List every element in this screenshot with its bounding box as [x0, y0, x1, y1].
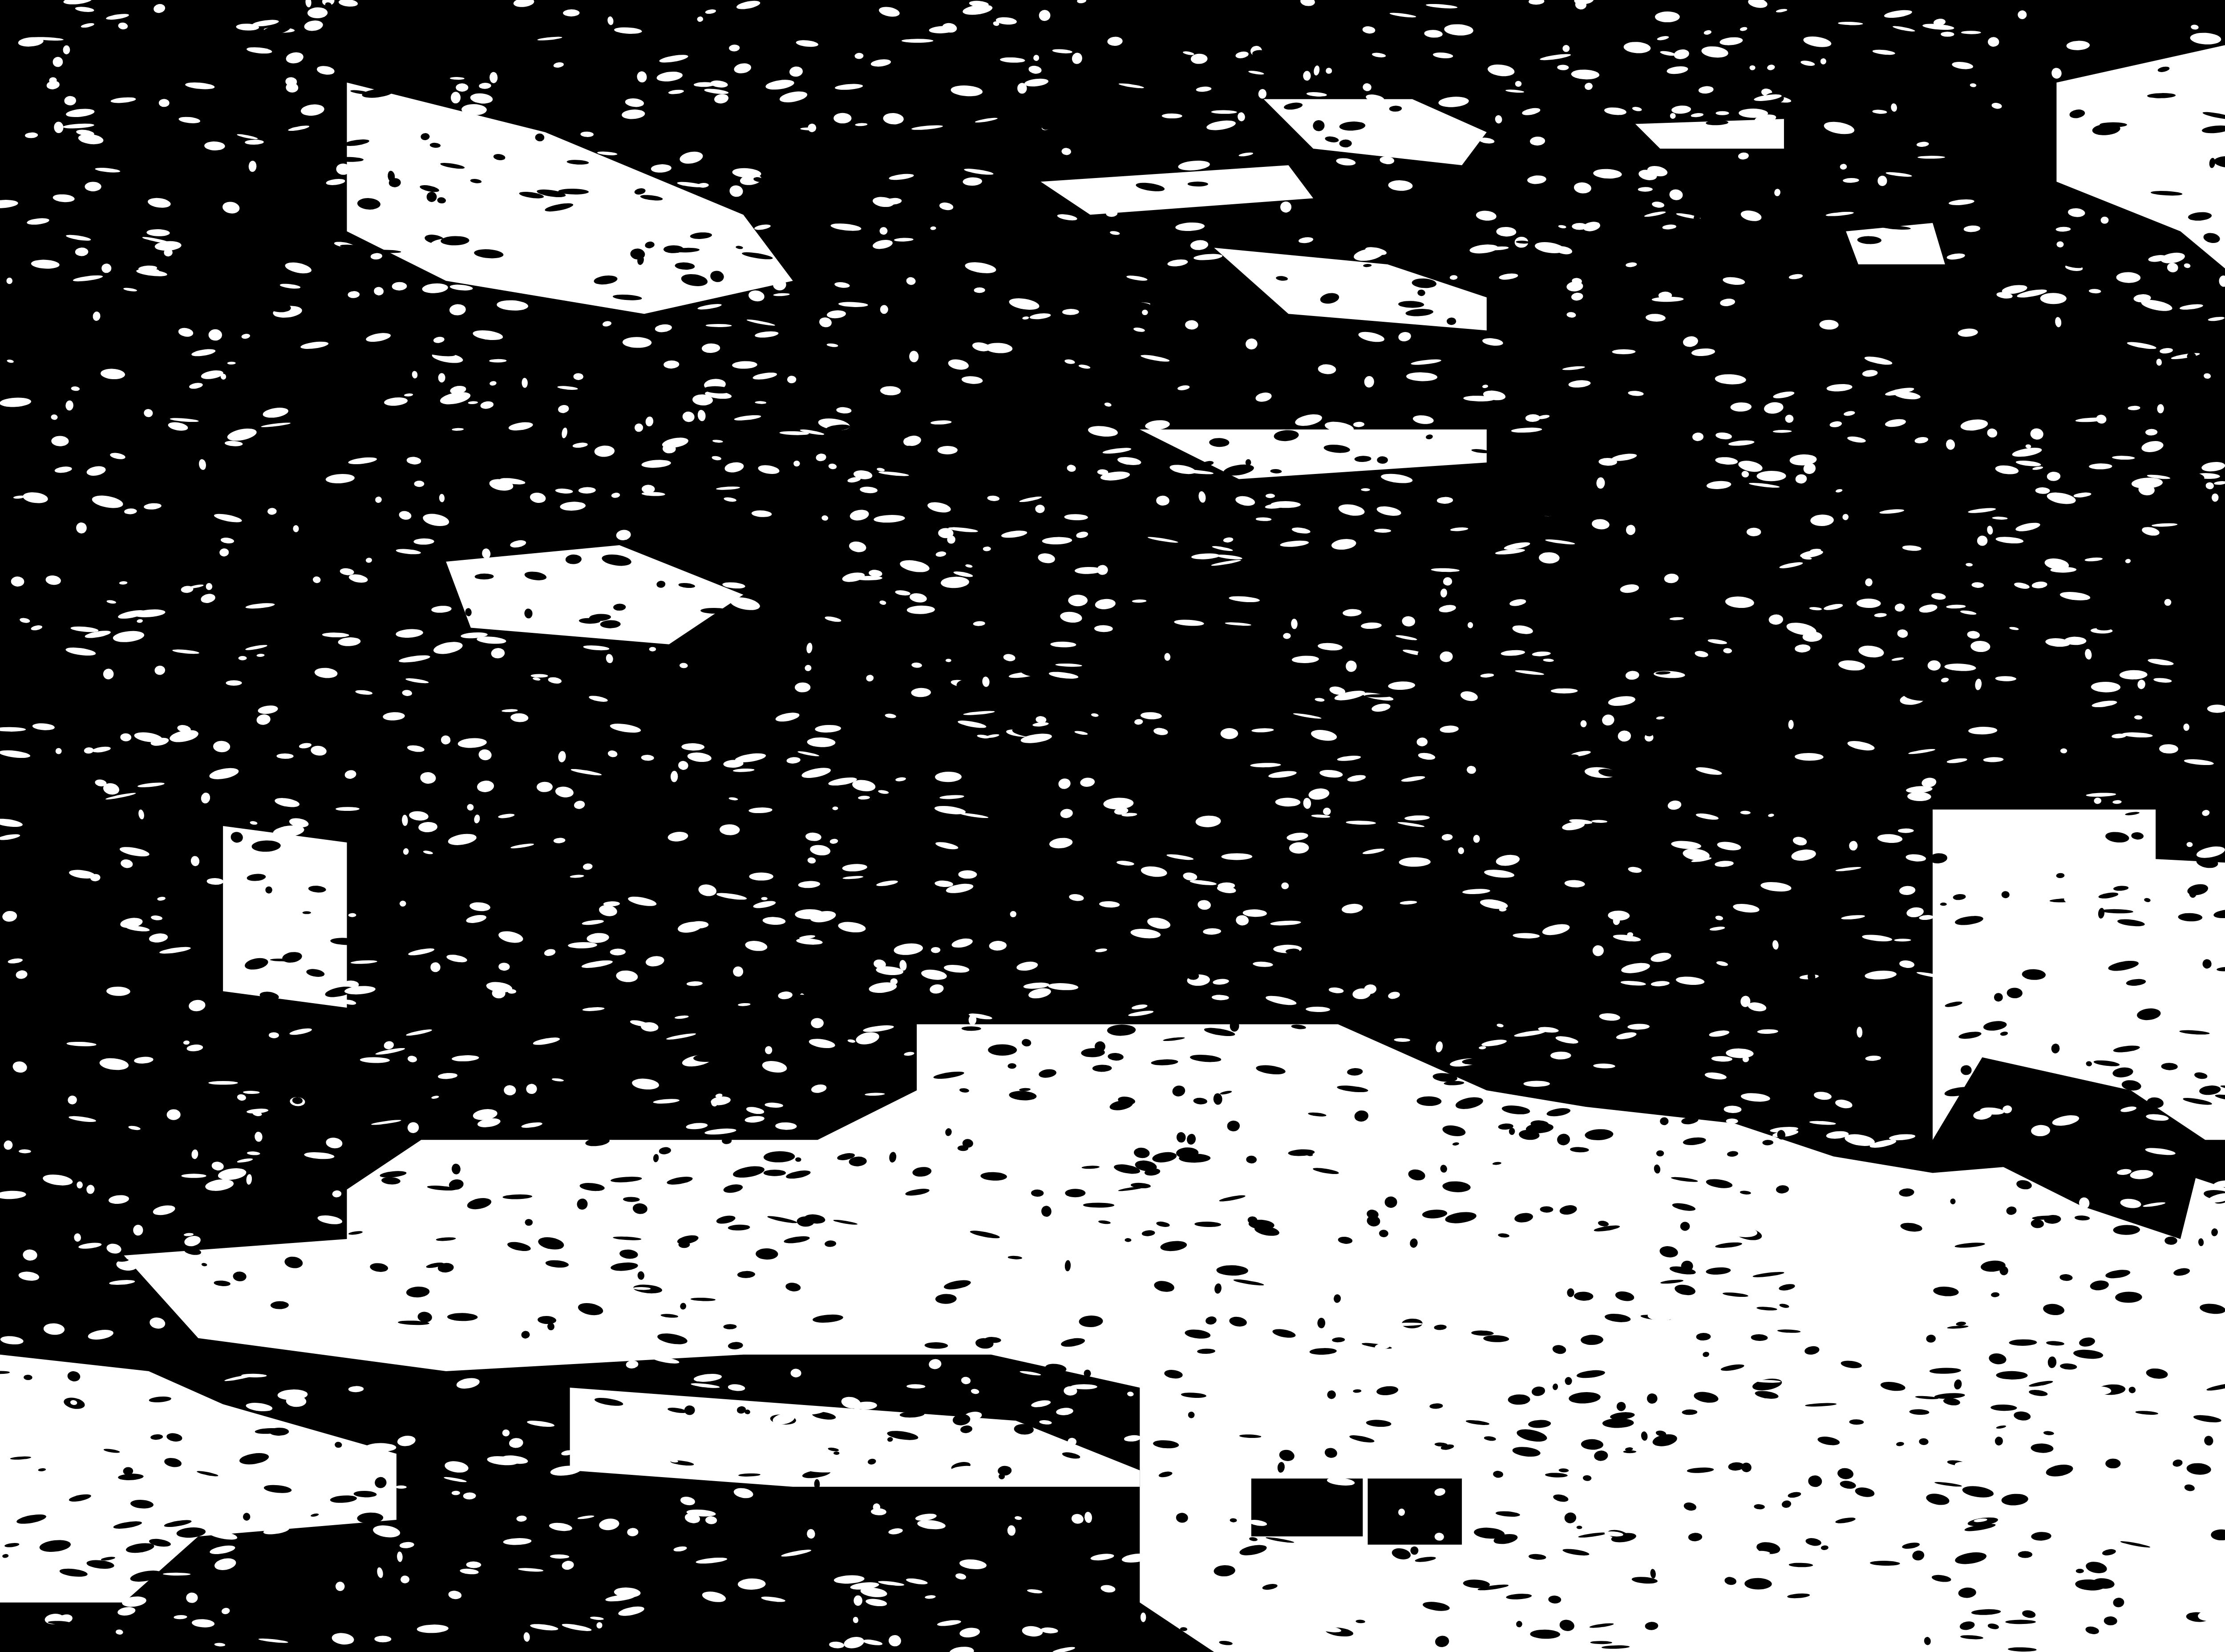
cloud-mask-image: Black-and-white segmentation mask of sat…	[0, 0, 2225, 1652]
mask-canvas	[0, 0, 2225, 1652]
